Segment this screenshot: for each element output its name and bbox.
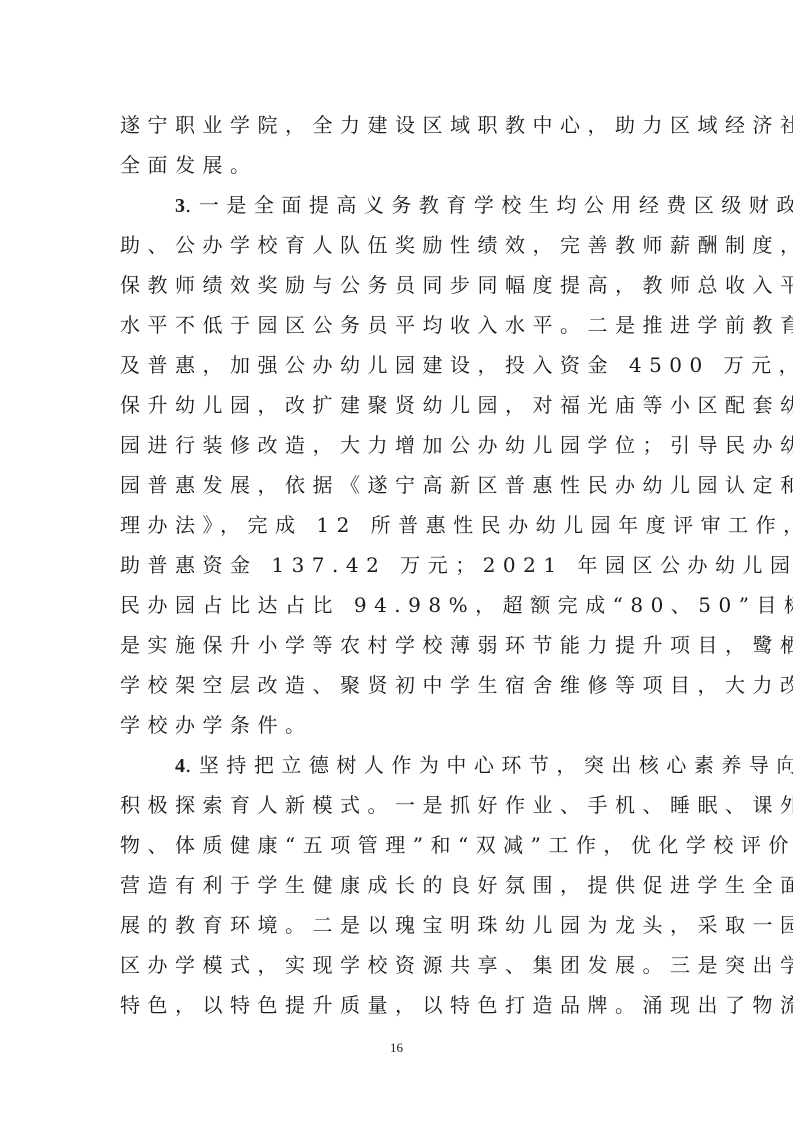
text-line: 学校架空层改造、聚贤初中学生宿舍维修等项目，大力改善 xyxy=(120,665,680,705)
text-line: 助、公办学校育人队伍奖励性绩效，完善教师薪酬制度，确 xyxy=(120,225,680,265)
text-line: 助普惠资金 137.42 万元；2021 年园区公办幼儿园和普惠性 xyxy=(120,545,680,585)
document-page: 遂宁职业学院，全力建设区域职教中心，助力区域经济社会 全面发展。 3.一是全面提… xyxy=(0,0,793,1122)
text-line: 及普惠，加强公办幼儿园建设，投入资金 4500 万元，新建 xyxy=(120,345,680,385)
item-number: 3 xyxy=(175,195,185,217)
text-line: 民办园占比达占比 94.98%，超额完成“80、50”目标任务。三 xyxy=(120,585,680,625)
text-line: .坚持把立德树人作为中心环节，突出核心素养导向， xyxy=(185,753,793,777)
text-line: 遂宁职业学院，全力建设区域职教中心，助力区域经济社会 xyxy=(120,105,680,145)
text-line: .一是全面提高义务教育学校生均公用经费区级财政补 xyxy=(185,193,793,217)
text-line: 园普惠发展，依据《遂宁高新区普惠性民办幼儿园认定和管 xyxy=(120,465,680,505)
text-line: 是实施保升小学等农村学校薄弱环节能力提升项目，鹭栖湖 xyxy=(120,625,680,665)
text-line: 展的教育环境。二是以瑰宝明珠幼儿园为龙头，采取一园多 xyxy=(120,905,680,945)
text-line: 保教师绩效奖励与公务员同步同幅度提高，教师总收入平均 xyxy=(120,265,680,305)
text-line: 积极探索育人新模式。一是抓好作业、手机、睡眠、课外读 xyxy=(120,785,680,825)
page-number: 16 xyxy=(0,1040,793,1056)
text-line: 学校办学条件。 xyxy=(120,705,680,745)
text-line: 营造有利于学生健康成长的良好氛围，提供促进学生全面发 xyxy=(120,865,680,905)
paragraph-4-start: 4.坚持把立德树人作为中心环节，突出核心素养导向， xyxy=(120,745,680,785)
paragraph-3-start: 3.一是全面提高义务教育学校生均公用经费区级财政补 xyxy=(120,185,680,225)
text-line: 园进行装修改造，大力增加公办幼儿园学位；引导民办幼儿 xyxy=(120,425,680,465)
text-line: 理办法》，完成 12 所普惠性民办幼儿园年度评审工作，补 xyxy=(120,505,680,545)
text-line: 特色，以特色提升质量，以特色打造品牌。涌现出了物流港 xyxy=(120,985,680,1025)
text-line: 全面发展。 xyxy=(120,145,680,185)
body-text: 遂宁职业学院，全力建设区域职教中心，助力区域经济社会 全面发展。 3.一是全面提… xyxy=(120,105,680,1025)
item-number: 4 xyxy=(175,755,185,777)
text-line: 保升幼儿园，改扩建聚贤幼儿园，对福光庙等小区配套幼儿 xyxy=(120,385,680,425)
text-line: 区办学模式，实现学校资源共享、集团发展。三是突出学校 xyxy=(120,945,680,985)
text-line: 物、体质健康“五项管理”和“双减”工作，优化学校评价标准， xyxy=(120,825,680,865)
text-line: 水平不低于园区公务员平均收入水平。二是推进学前教育普 xyxy=(120,305,680,345)
